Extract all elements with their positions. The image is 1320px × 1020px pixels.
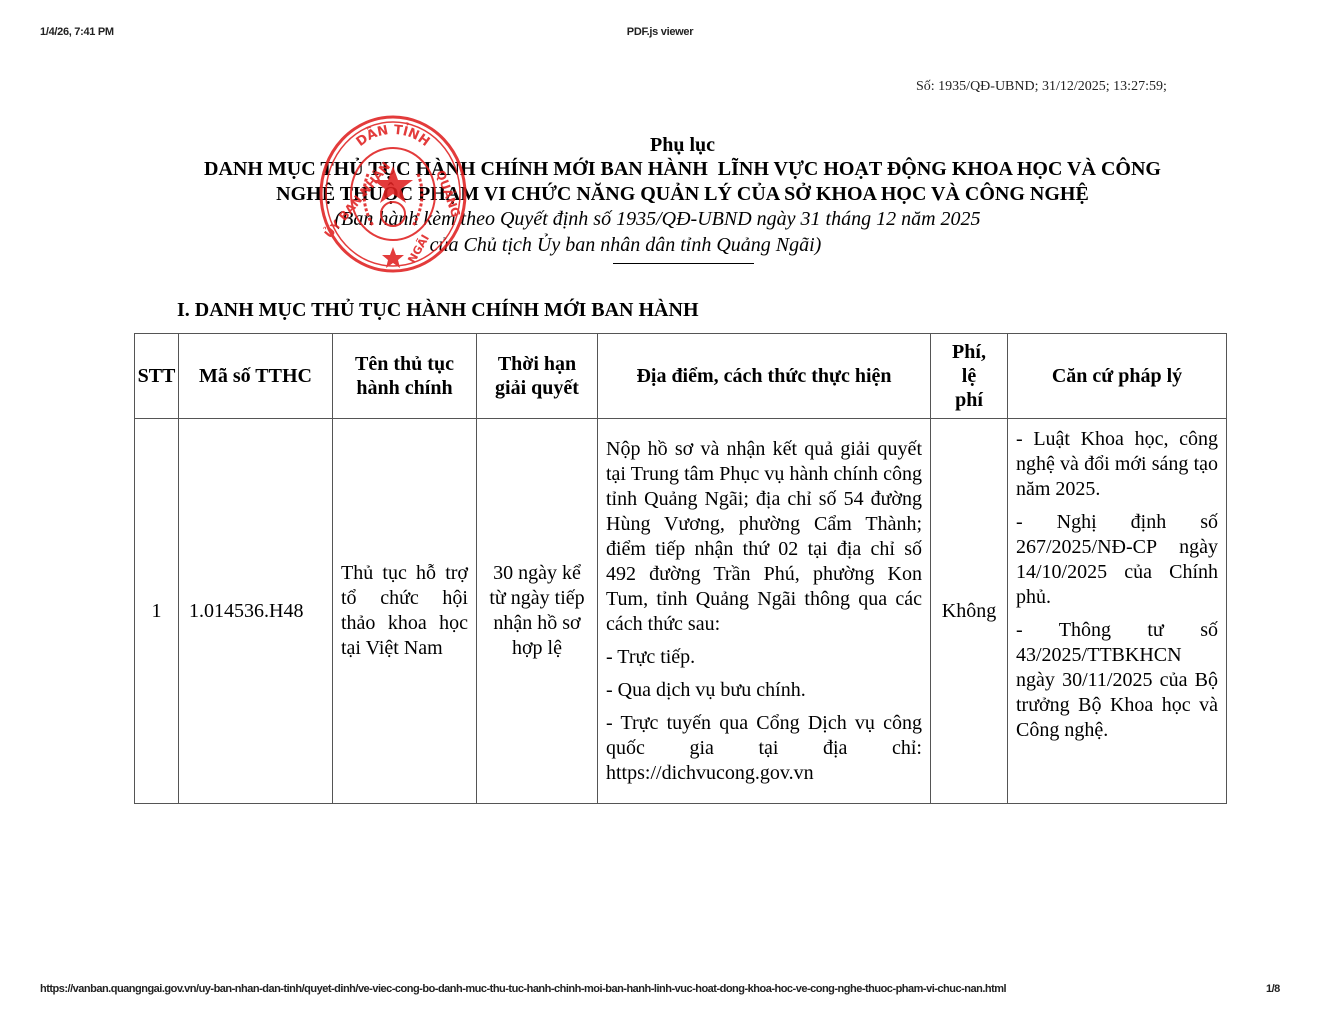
document-subtitle-line1: (Ban hành kèm theo Quyết định số 1935/QĐ… [0,208,1320,231]
cell-phi: Không [931,419,1008,804]
title-underline [613,263,754,264]
dia-diem-method-online: - Trực tuyến qua Cổng Dịch vụ công quốc … [606,711,922,786]
header-can-cu: Căn cứ pháp lý [1008,334,1227,419]
can-cu-circular: - Thông tư số 43/2025/TTBKHCN ngày 30/11… [1016,618,1218,743]
appendix-label: Phụ lục [0,134,1320,157]
header-ma-so: Mã số TTHC [179,334,333,419]
cell-dia-diem: Nộp hồ sơ và nhận kết quả giải quyết tại… [598,419,931,804]
can-cu-law: - Luật Khoa học, công nghệ và đổi mới sá… [1016,427,1218,502]
cell-ma-so: 1.014536.H48 [179,419,333,804]
cell-stt: 1 [135,419,179,804]
cell-ten-thu-tuc: Thủ tục hỗ trợ tổ chức hội thảo khoa học… [333,419,477,804]
document-subtitle-line2: của Chủ tịch Ủy ban nhân dân tỉnh Quảng … [0,234,1308,257]
procedures-table: STT Mã số TTHC Tên thủ tục hành chính Th… [134,333,1227,804]
table-header-row: STT Mã số TTHC Tên thủ tục hành chính Th… [135,334,1227,419]
header-phi-line3: phí [931,388,1007,412]
cell-can-cu: - Luật Khoa học, công nghệ và đổi mới sá… [1008,419,1227,804]
dia-diem-method-postal: - Qua dịch vụ bưu chính. [606,678,922,703]
section-heading: I. DANH MỤC THỦ TỤC HÀNH CHÍNH MỚI BAN H… [177,299,699,322]
header-phi-line2: lệ [931,364,1007,388]
header-ten-line2: hành chính [333,376,476,400]
document-title-line2: NGHỆ THUỘC PHẠM VI CHỨC NĂNG QUẢN LÝ CỦA… [0,183,1320,206]
header-ten-line1: Tên thủ tục [333,352,476,376]
document-number: Số: 1935/QĐ-UBND; 31/12/2025; 13:27:59; [916,79,1167,95]
document-title-line1: DANH MỤC THỦ TỤC HÀNH CHÍNH MỚI BAN HÀNH… [0,158,1320,181]
header-thoi-han-line1: Thời hạn [477,352,597,376]
dia-diem-paragraph: Nộp hồ sơ và nhận kết quả giải quyết tại… [606,437,922,637]
print-footer-url[interactable]: https://vanban.quangngai.gov.vn/uy-ban-n… [40,983,1006,995]
header-thoi-han-line2: giải quyết [477,376,597,400]
header-ten-thu-tuc: Tên thủ tục hành chính [333,334,477,419]
header-phi: Phí, lệ phí [931,334,1008,419]
can-cu-decree: - Nghị định số 267/2025/NĐ-CP ngày 14/10… [1016,510,1218,610]
cell-thoi-han: 30 ngày kể từ ngày tiếp nhận hồ sơ hợp l… [477,419,598,804]
dia-diem-method-direct: - Trực tiếp. [606,645,922,670]
header-thoi-han: Thời hạn giải quyết [477,334,598,419]
print-header-title: PDF.js viewer [0,26,1320,38]
header-stt: STT [135,334,179,419]
print-footer-page: 1/8 [1266,983,1280,995]
header-phi-line1: Phí, [931,340,1007,364]
table-row: 1 1.014536.H48 Thủ tục hỗ trợ tổ chức hộ… [135,419,1227,804]
header-dia-diem: Địa điểm, cách thức thực hiện [598,334,931,419]
